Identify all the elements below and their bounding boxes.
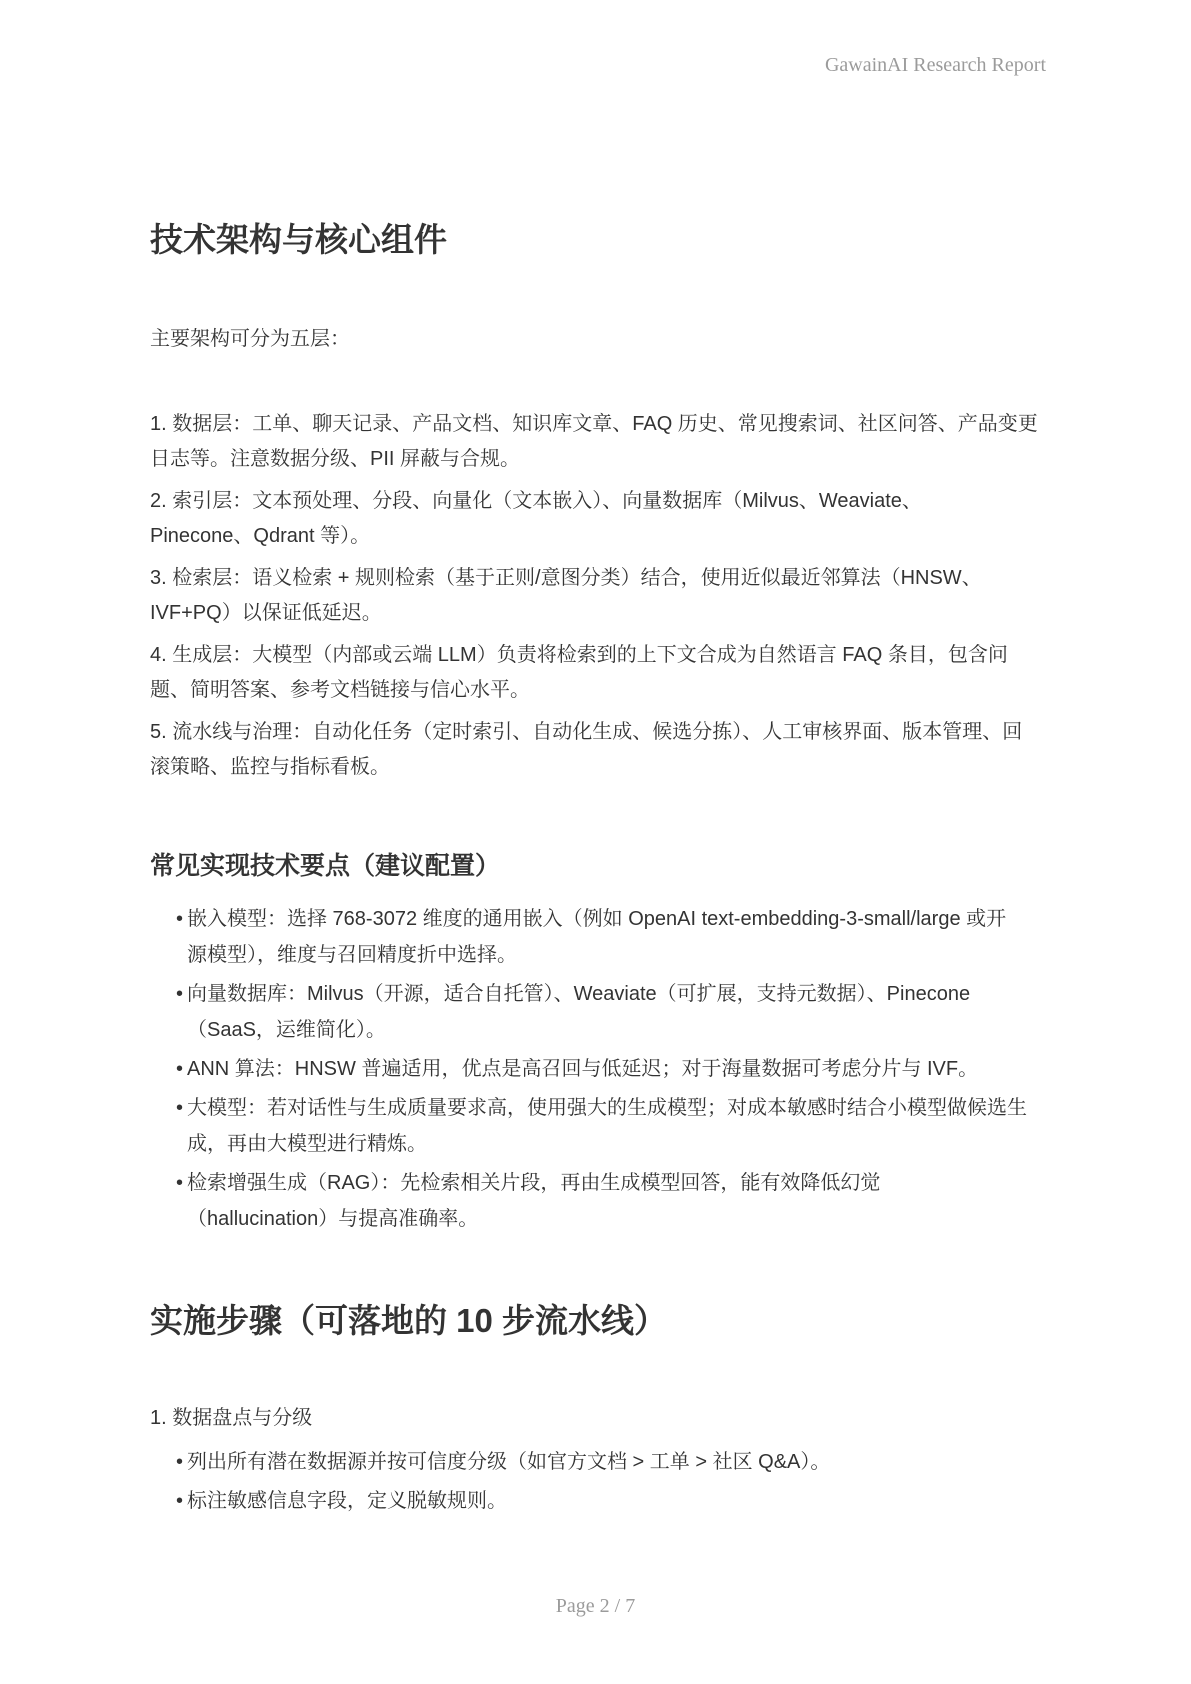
step-points-list: • 列出所有潜在数据源并按可信度分级（如官方文档 > 工单 > 社区 Q&A）。… xyxy=(150,1443,1046,1521)
layer-line: Pinecone、Qdrant 等）。 xyxy=(150,519,1046,554)
layer-line: IVF+PQ）以保证低延迟。 xyxy=(150,596,1046,631)
layer-line: 日志等。注意数据分级、PII 屏蔽与合规。 xyxy=(150,442,1046,477)
bullet-icon: • xyxy=(176,1090,183,1126)
point-item-large-model: • 大模型：若对话性与生成质量要求高，使用强大的生成模型；对成本敏感时结合小模型… xyxy=(150,1090,1046,1162)
point-line: 标注敏感信息字段，定义脱敏规则。 xyxy=(187,1482,1046,1521)
point-line: ANN 算法：HNSW 普遍适用，优点是高召回与低延迟；对于海量数据可考虑分片与… xyxy=(187,1051,1046,1087)
step-point-item: • 标注敏感信息字段，定义脱敏规则。 xyxy=(150,1482,1046,1521)
layer-item-pipeline: 5. 流水线与治理：自动化任务（定时索引、自动化生成、候选分拣）、人工审核界面、… xyxy=(150,715,1046,785)
point-line: 嵌入模型：选择 768-3072 维度的通用嵌入（例如 OpenAI text-… xyxy=(187,901,1046,937)
point-text: 检索增强生成（RAG）：先检索相关片段，再由生成模型回答，能有效降低幻觉 （ha… xyxy=(187,1165,1046,1237)
layer-item-retrieval: 3. 检索层：语义检索 + 规则检索（基于正则/意图分类）结合，使用近似最近邻算… xyxy=(150,561,1046,631)
subsection-title-implementation-points: 常见实现技术要点（建议配置） xyxy=(150,848,1046,884)
point-line: （SaaS，运维简化）。 xyxy=(187,1012,1046,1048)
point-text: 大模型：若对话性与生成质量要求高，使用强大的生成模型；对成本敏感时结合小模型做候… xyxy=(187,1090,1046,1162)
layer-line: 3. 检索层：语义检索 + 规则检索（基于正则/意图分类）结合，使用近似最近邻算… xyxy=(150,561,1046,596)
layer-item-index: 2. 索引层：文本预处理、分段、向量化（文本嵌入）、向量数据库（Milvus、W… xyxy=(150,484,1046,554)
point-item-ann-algorithm: • ANN 算法：HNSW 普遍适用，优点是高召回与低延迟；对于海量数据可考虑分… xyxy=(150,1051,1046,1087)
page-number: Page 2 / 7 xyxy=(0,1593,1191,1619)
point-line: 向量数据库：Milvus（开源，适合自托管）、Weaviate（可扩展，支持元数… xyxy=(187,976,1046,1012)
point-text: 列出所有潜在数据源并按可信度分级（如官方文档 > 工单 > 社区 Q&A）。 xyxy=(187,1443,1046,1482)
point-item-rag: • 检索增强生成（RAG）：先检索相关片段，再由生成模型回答，能有效降低幻觉 （… xyxy=(150,1165,1046,1237)
layer-line: 滚策略、监控与指标看板。 xyxy=(150,750,1046,785)
layer-line: 4. 生成层：大模型（内部或云端 LLM）负责将检索到的上下文合成为自然语言 F… xyxy=(150,638,1046,673)
layer-item-data: 1. 数据层：工单、聊天记录、产品文档、知识库文章、FAQ 历史、常见搜索词、社… xyxy=(150,407,1046,477)
point-text: ANN 算法：HNSW 普遍适用，优点是高召回与低延迟；对于海量数据可考虑分片与… xyxy=(187,1051,1046,1087)
bullet-icon: • xyxy=(176,976,183,1012)
point-line: 成，再由大模型进行精炼。 xyxy=(187,1126,1046,1162)
bullet-icon: • xyxy=(176,1443,183,1482)
architecture-layers-list: 1. 数据层：工单、聊天记录、产品文档、知识库文章、FAQ 历史、常见搜索词、社… xyxy=(150,407,1046,792)
layer-line: 1. 数据层：工单、聊天记录、产品文档、知识库文章、FAQ 历史、常见搜索词、社… xyxy=(150,407,1046,442)
bullet-icon: • xyxy=(176,901,183,937)
section-title-architecture: 技术架构与核心组件 xyxy=(150,218,1046,262)
point-item-vector-db: • 向量数据库：Milvus（开源，适合自托管）、Weaviate（可扩展，支持… xyxy=(150,976,1046,1048)
step-point-item: • 列出所有潜在数据源并按可信度分级（如官方文档 > 工单 > 社区 Q&A）。 xyxy=(150,1443,1046,1482)
implementation-points-list: • 嵌入模型：选择 768-3072 维度的通用嵌入（例如 OpenAI tex… xyxy=(150,901,1046,1240)
point-text: 标注敏感信息字段，定义脱敏规则。 xyxy=(187,1482,1046,1521)
section-title-implementation-steps: 实施步骤（可落地的 10 步流水线） xyxy=(150,1299,1046,1343)
point-line: 源模型），维度与召回精度折中选择。 xyxy=(187,937,1046,973)
bullet-icon: • xyxy=(176,1165,183,1201)
layer-line: 2. 索引层：文本预处理、分段、向量化（文本嵌入）、向量数据库（Milvus、W… xyxy=(150,484,1046,519)
point-line: 列出所有潜在数据源并按可信度分级（如官方文档 > 工单 > 社区 Q&A）。 xyxy=(187,1443,1046,1482)
point-line: （hallucination）与提高准确率。 xyxy=(187,1201,1046,1237)
step-item-data-inventory: 1. 数据盘点与分级 xyxy=(150,1404,1046,1432)
point-item-embedding-model: • 嵌入模型：选择 768-3072 维度的通用嵌入（例如 OpenAI tex… xyxy=(150,901,1046,973)
point-line: 大模型：若对话性与生成质量要求高，使用强大的生成模型；对成本敏感时结合小模型做候… xyxy=(187,1090,1046,1126)
layer-item-generation: 4. 生成层：大模型（内部或云端 LLM）负责将检索到的上下文合成为自然语言 F… xyxy=(150,638,1046,708)
bullet-icon: • xyxy=(176,1051,183,1087)
architecture-intro: 主要架构可分为五层： xyxy=(150,324,1046,354)
bullet-icon: • xyxy=(176,1482,183,1521)
layer-line: 5. 流水线与治理：自动化任务（定时索引、自动化生成、候选分拣）、人工审核界面、… xyxy=(150,715,1046,750)
report-header: GawainAI Research Report xyxy=(150,52,1046,78)
document-page: GawainAI Research Report 技术架构与核心组件 主要架构可… xyxy=(0,0,1191,1684)
point-text: 向量数据库：Milvus（开源，适合自托管）、Weaviate（可扩展，支持元数… xyxy=(187,976,1046,1048)
layer-line: 题、简明答案、参考文档链接与信心水平。 xyxy=(150,673,1046,708)
point-text: 嵌入模型：选择 768-3072 维度的通用嵌入（例如 OpenAI text-… xyxy=(187,901,1046,973)
point-line: 检索增强生成（RAG）：先检索相关片段，再由生成模型回答，能有效降低幻觉 xyxy=(187,1165,1046,1201)
